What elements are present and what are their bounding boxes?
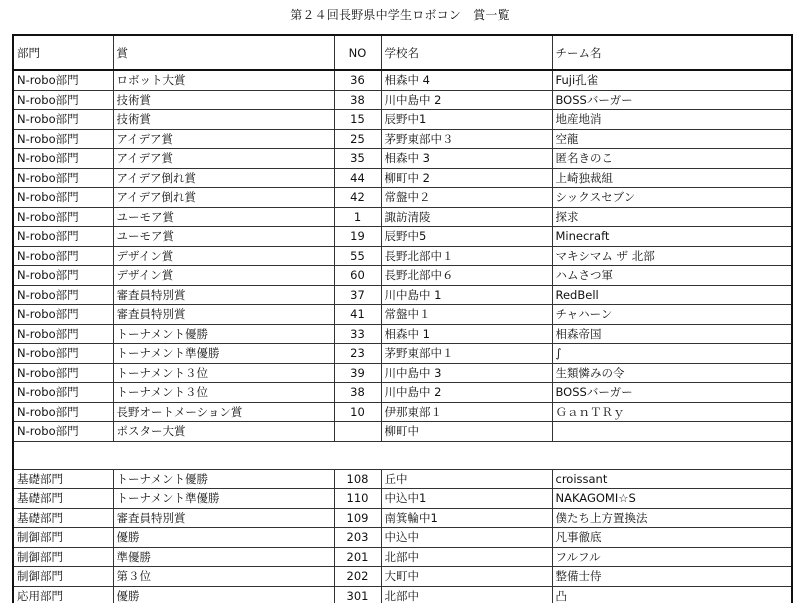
award-cell: 技術賞 [113, 90, 334, 110]
team-cell: チャハーン [552, 305, 792, 325]
division-cell: N-robo部門 [13, 305, 113, 325]
award-cell: アイデア倒れ賞 [113, 168, 334, 188]
team-cell: 凡事徹底 [552, 528, 792, 548]
award-cell: 第３位 [113, 567, 334, 587]
division-cell: 制御部門 [13, 567, 113, 587]
award-cell: トーナメント優勝 [113, 324, 334, 344]
no-cell: 203 [334, 528, 381, 548]
header-no: NO [334, 35, 381, 70]
division-cell: N-robo部門 [13, 422, 113, 442]
division-cell: 応用部門 [13, 586, 113, 603]
no-cell: 55 [334, 246, 381, 266]
school-cell: 南箕輪中1 [381, 508, 552, 528]
award-cell: トーナメント準優勝 [113, 344, 334, 364]
division-cell: N-robo部門 [13, 266, 113, 286]
team-cell: ハムさつ軍 [552, 266, 792, 286]
school-cell: 丘中 [381, 469, 552, 489]
school-cell: 辰野中5 [381, 227, 552, 247]
school-cell: 中込中 [381, 528, 552, 548]
team-cell: 僕たち上方置換法 [552, 508, 792, 528]
award-cell: ロボット大賞 [113, 70, 334, 90]
table-row: N-robo部門アイデア倒れ賞42常盤中２シックスセブン [13, 188, 792, 208]
school-cell: 柳町中 [381, 422, 552, 442]
no-cell: 202 [334, 567, 381, 587]
division-cell: N-robo部門 [13, 90, 113, 110]
award-cell: ポスター大賞 [113, 422, 334, 442]
no-cell: 33 [334, 324, 381, 344]
table-row: N-robo部門ポスター大賞柳町中 [13, 422, 792, 442]
no-cell: 201 [334, 547, 381, 567]
team-cell: マキシマム ザ 北部 [552, 246, 792, 266]
team-cell: 上崎独裁組 [552, 168, 792, 188]
no-cell [334, 422, 381, 442]
division-cell: N-robo部門 [13, 402, 113, 422]
team-cell: シックスセブン [552, 188, 792, 208]
team-cell: ＧａｎＴＲｙ [552, 402, 792, 422]
table-row: N-robo部門技術賞38川中島中 2BOSSバーガー [13, 90, 792, 110]
award-cell: デザイン賞 [113, 266, 334, 286]
team-cell: BOSSバーガー [552, 383, 792, 403]
team-cell: Minecraft [552, 227, 792, 247]
award-cell: 審査員特別賞 [113, 508, 334, 528]
table-row: N-robo部門アイデア賞25茅野東部中３空龍 [13, 129, 792, 149]
school-cell: 川中島中 2 [381, 90, 552, 110]
team-cell [552, 422, 792, 442]
table-row: N-robo部門アイデア倒れ賞44柳町中 2上崎独裁組 [13, 168, 792, 188]
school-cell: 北部中 [381, 586, 552, 603]
award-cell: 準優勝 [113, 547, 334, 567]
team-cell: 探求 [552, 207, 792, 227]
award-cell: アイデア賞 [113, 149, 334, 169]
table-row: N-robo部門長野オートメーション賞10伊那東部１ＧａｎＴＲｙ [13, 402, 792, 422]
team-cell: BOSSバーガー [552, 90, 792, 110]
header-team: チーム名 [552, 35, 792, 70]
award-cell: トーナメント３位 [113, 363, 334, 383]
no-cell: 25 [334, 129, 381, 149]
division-cell: 基礎部門 [13, 469, 113, 489]
team-cell: 相森帝国 [552, 324, 792, 344]
school-cell: 茅野東部中１ [381, 344, 552, 364]
award-cell: トーナメント準優勝 [113, 489, 334, 509]
award-cell: デザイン賞 [113, 246, 334, 266]
division-cell: N-robo部門 [13, 110, 113, 130]
school-cell: 中込中1 [381, 489, 552, 509]
award-cell: アイデア賞 [113, 129, 334, 149]
division-cell: N-robo部門 [13, 207, 113, 227]
school-cell: 長野北部中１ [381, 246, 552, 266]
division-cell: 制御部門 [13, 547, 113, 567]
table-row: N-robo部門トーナメント３位39川中島中 3生類憐みの令 [13, 363, 792, 383]
header-school: 学校名 [381, 35, 552, 70]
team-cell: Fuji孔雀 [552, 70, 792, 90]
school-cell: 伊那東部１ [381, 402, 552, 422]
school-cell: 川中島中 2 [381, 383, 552, 403]
school-cell: 常盤中１ [381, 305, 552, 325]
no-cell: 41 [334, 305, 381, 325]
no-cell: 42 [334, 188, 381, 208]
division-cell: 基礎部門 [13, 489, 113, 509]
school-cell: 諏訪清陵 [381, 207, 552, 227]
award-cell: トーナメント３位 [113, 383, 334, 403]
division-cell: N-robo部門 [13, 383, 113, 403]
division-cell: N-robo部門 [13, 324, 113, 344]
award-cell: 優勝 [113, 528, 334, 548]
no-cell: 39 [334, 363, 381, 383]
no-cell: 44 [334, 168, 381, 188]
team-cell: ∫ [552, 344, 792, 364]
award-cell: トーナメント優勝 [113, 469, 334, 489]
school-cell: 柳町中 2 [381, 168, 552, 188]
award-cell: 長野オートメーション賞 [113, 402, 334, 422]
table-row: N-robo部門ロボット大賞36相森中 4Fuji孔雀 [13, 70, 792, 90]
team-cell: 空龍 [552, 129, 792, 149]
no-cell: 38 [334, 90, 381, 110]
division-cell: N-robo部門 [13, 344, 113, 364]
no-cell: 23 [334, 344, 381, 364]
division-cell: N-robo部門 [13, 246, 113, 266]
team-cell: croissant [552, 469, 792, 489]
team-cell: NAKAGOMI☆S [552, 489, 792, 509]
division-cell: N-robo部門 [13, 285, 113, 305]
no-cell: 301 [334, 586, 381, 603]
division-cell: N-robo部門 [13, 70, 113, 90]
award-cell: アイデア倒れ賞 [113, 188, 334, 208]
award-cell: ユーモア賞 [113, 207, 334, 227]
table-row: 基礎部門トーナメント優勝108丘中croissant [13, 469, 792, 489]
no-cell: 15 [334, 110, 381, 130]
no-cell: 38 [334, 383, 381, 403]
table-row: N-robo部門デザイン賞60長野北部中６ハムさつ軍 [13, 266, 792, 286]
division-cell: N-robo部門 [13, 168, 113, 188]
header-row: 部門 賞 NO 学校名 チーム名 [13, 35, 792, 70]
school-cell: 相森中 3 [381, 149, 552, 169]
division-cell: N-robo部門 [13, 227, 113, 247]
school-cell: 相森中 4 [381, 70, 552, 90]
division-cell: 制御部門 [13, 528, 113, 548]
team-cell: RedBell [552, 285, 792, 305]
award-cell: 優勝 [113, 586, 334, 603]
award-cell: ユーモア賞 [113, 227, 334, 247]
team-cell: 生類憐みの令 [552, 363, 792, 383]
school-cell: 川中島中 1 [381, 285, 552, 305]
no-cell: 35 [334, 149, 381, 169]
no-cell: 37 [334, 285, 381, 305]
table-row: N-robo部門審査員特別賞41常盤中１チャハーン [13, 305, 792, 325]
table-row: N-robo部門ユーモア賞1諏訪清陵探求 [13, 207, 792, 227]
table-row: 基礎部門審査員特別賞109南箕輪中1僕たち上方置換法 [13, 508, 792, 528]
table-row: 制御部門優勝203中込中凡事徹底 [13, 528, 792, 548]
header-award: 賞 [113, 35, 334, 70]
school-cell: 辰野中1 [381, 110, 552, 130]
no-cell: 110 [334, 489, 381, 509]
school-cell: 川中島中 3 [381, 363, 552, 383]
table-row: N-robo部門トーナメント準優勝23茅野東部中１∫ [13, 344, 792, 364]
separator-cell [13, 441, 792, 469]
school-cell: 相森中 1 [381, 324, 552, 344]
no-cell: 109 [334, 508, 381, 528]
school-cell: 長野北部中６ [381, 266, 552, 286]
school-cell: 茅野東部中３ [381, 129, 552, 149]
table-row: N-robo部門トーナメント優勝33相森中 1相森帝国 [13, 324, 792, 344]
table-row: N-robo部門ユーモア賞19辰野中5Minecraft [13, 227, 792, 247]
division-cell: N-robo部門 [13, 149, 113, 169]
table-row: N-robo部門トーナメント３位38川中島中 2BOSSバーガー [13, 383, 792, 403]
table-row: 基礎部門トーナメント準優勝110中込中1NAKAGOMI☆S [13, 489, 792, 509]
award-cell: 審査員特別賞 [113, 285, 334, 305]
table-row: 制御部門第３位202大町中整備士侍 [13, 567, 792, 587]
award-cell: 技術賞 [113, 110, 334, 130]
school-cell: 大町中 [381, 567, 552, 587]
no-cell: 19 [334, 227, 381, 247]
team-cell: フルフル [552, 547, 792, 567]
table-row: 応用部門優勝301北部中凸 [13, 586, 792, 603]
division-cell: N-robo部門 [13, 363, 113, 383]
page-title: 第２４回長野県中学生ロボコン 賞一覧 [0, 6, 800, 23]
separator-row [13, 441, 792, 469]
division-cell: N-robo部門 [13, 129, 113, 149]
school-cell: 常盤中２ [381, 188, 552, 208]
award-cell: 審査員特別賞 [113, 305, 334, 325]
table-row: N-robo部門技術賞15辰野中1地産地消 [13, 110, 792, 130]
table-row: N-robo部門デザイン賞55長野北部中１マキシマム ザ 北部 [13, 246, 792, 266]
no-cell: 108 [334, 469, 381, 489]
division-cell: 基礎部門 [13, 508, 113, 528]
header-division: 部門 [13, 35, 113, 70]
team-cell: 凸 [552, 586, 792, 603]
no-cell: 60 [334, 266, 381, 286]
table-row: N-robo部門アイデア賞35相森中 3匿名きのこ [13, 149, 792, 169]
team-cell: 匿名きのこ [552, 149, 792, 169]
table-row: 制御部門準優勝201北部中フルフル [13, 547, 792, 567]
team-cell: 整備士侍 [552, 567, 792, 587]
no-cell: 36 [334, 70, 381, 90]
no-cell: 10 [334, 402, 381, 422]
table-row: N-robo部門審査員特別賞37川中島中 1RedBell [13, 285, 792, 305]
team-cell: 地産地消 [552, 110, 792, 130]
school-cell: 北部中 [381, 547, 552, 567]
no-cell: 1 [334, 207, 381, 227]
division-cell: N-robo部門 [13, 188, 113, 208]
awards-table: 部門 賞 NO 学校名 チーム名 N-robo部門ロボット大賞36相森中 4Fu… [12, 34, 793, 603]
